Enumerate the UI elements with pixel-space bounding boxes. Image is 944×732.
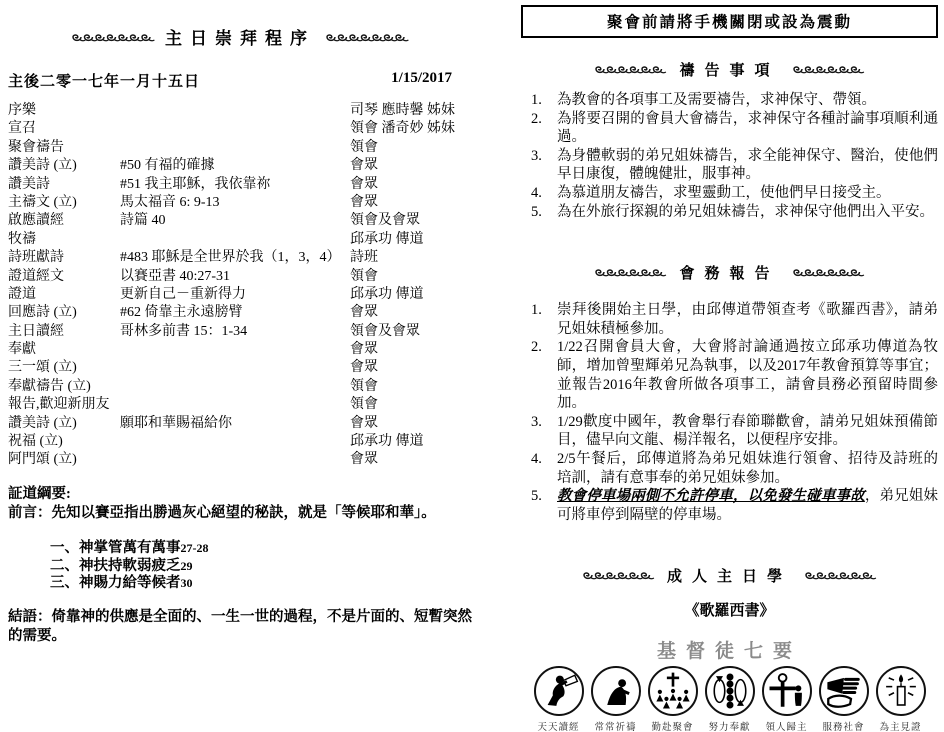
- program-person: 司琴 應時馨 姊妹: [350, 102, 472, 120]
- prayer-list: 1.為教會的各項事工及需要禱告，求神保守、帶領。2.為將要召開的會員大會禱告，求…: [521, 91, 938, 221]
- verse-ref: 30: [181, 576, 193, 590]
- program-item: 讚美詩: [8, 176, 120, 194]
- program-detail: [120, 433, 350, 451]
- affairs-heading: 會務報告: [679, 262, 779, 283]
- seven-essential: 領人歸主: [760, 666, 814, 732]
- program-item: 牧禱: [8, 231, 120, 249]
- program-detail: [120, 231, 350, 249]
- program-row: 回應詩 (立)#62 倚靠主永遠膀臂會眾: [8, 304, 472, 322]
- scroll-ornament: [792, 266, 865, 278]
- sermon-point: 一、神掌管萬有萬事27-28: [50, 540, 472, 558]
- program-item: 詩班獻詩: [8, 249, 120, 267]
- prayer-heading: 禱告事項: [679, 59, 779, 80]
- seven-essential: 天天讀經: [532, 666, 586, 732]
- program-item: 三一頌 (立): [8, 359, 120, 377]
- sermon-conclusion: 結語：倚靠神的供應是全面的、一生一世的過程，不是片面的、短暫突然的需要。: [8, 608, 472, 646]
- program-person: 領會 潘奇妙 姊妹: [350, 120, 472, 138]
- program-person: 領會: [350, 378, 472, 396]
- date-chinese: 主後二零一七年一月十五日: [8, 70, 200, 91]
- seven-essential: 為主見證: [874, 666, 928, 732]
- item-text: 為將要召開的會員大會禱告，求神保守各種討論事項順利通過。: [557, 110, 938, 147]
- program-table: 序樂司琴 應時馨 姊妹宣召領會 潘奇妙 姊妹聚會禱告領會讚美詩 (立)#50 有…: [8, 102, 472, 470]
- program-person: 詩班: [350, 249, 472, 267]
- program-row: 證道經文以賽亞書 40:27-31領會: [8, 268, 472, 286]
- program-person: 會眾: [350, 359, 472, 377]
- seven-essentials-row: 天天讀經常常祈禱勤赴聚會努力奉獻領人歸主服務社會為主見證: [521, 666, 938, 732]
- seven-essential: 常常祈禱: [589, 666, 643, 732]
- seven-essential-label: 領人歸主: [765, 719, 807, 732]
- date-row: 主後二零一七年一月十五日 1/15/2017: [8, 70, 472, 91]
- item-text: 為慕道朋友禱告，求聖靈動工，使他們早日接受主。: [557, 184, 938, 203]
- numbered-item: 5.為在外旅行探親的弟兄姐妹禱告，求神保守他們出入平安。: [521, 203, 938, 222]
- program-detail: [120, 341, 350, 359]
- program-detail: 馬太福音 6: 9-13: [120, 194, 350, 212]
- scroll-ornament: [71, 31, 156, 43]
- program-detail: 願耶和華賜福給你: [120, 415, 350, 433]
- program-row: 祝福 (立)邱承功 傳道: [8, 433, 472, 451]
- seven-essential-label: 努力奉獻: [708, 719, 750, 732]
- program-person: 會眾: [350, 194, 472, 212]
- numbered-item: 1.崇拜後開始主日學，由邱傳道帶領查考《歌羅西書》，請弟兄姐妹積極參加。: [521, 301, 938, 338]
- item-number: 3.: [521, 413, 557, 450]
- program-person: 領會: [350, 139, 472, 157]
- program-item: 奉獻禱告 (立): [8, 378, 120, 396]
- program-item: 主日讀經: [8, 323, 120, 341]
- program-person: 領會及會眾: [350, 212, 472, 230]
- item-text: 崇拜後開始主日學，由邱傳道帶領查考《歌羅西書》，請弟兄姐妹積極參加。: [557, 301, 938, 338]
- program-detail: [120, 139, 350, 157]
- seven-essential-label: 天天讀經: [537, 719, 579, 732]
- kneeling-person-reading-icon: [534, 666, 584, 716]
- program-item: 回應詩 (立): [8, 304, 120, 322]
- numbered-item: 5.教會停車場兩側不允許停車，以免發生碰車事故，弟兄姐妹可將車停到隔壁的停車場。: [521, 487, 938, 524]
- item-text: 1/29歡度中國年，教會舉行春節聯歡會，請弟兄姐妹預備節目，儘早向文龍、楊洋報名…: [557, 413, 938, 450]
- sunday-school-section-header: 成人主日學: [521, 565, 938, 585]
- verse-ref: 29: [181, 559, 193, 573]
- item-number: 2.: [521, 110, 557, 147]
- item-number: 2.: [521, 338, 557, 412]
- program-detail: [120, 396, 350, 414]
- numbered-item: 2.1/22召開會員大會，大會將討論通過按立邱承功傳道為牧師，增加曾聖輝弟兄為執…: [521, 338, 938, 412]
- page-title-row: 主日崇拜程序: [8, 24, 472, 49]
- numbered-item: 3.1/29歡度中國年，教會舉行春節聯歡會，請弟兄姐妹預備節目，儘早向文龍、楊洋…: [521, 413, 938, 450]
- program-item: 奉獻: [8, 341, 120, 359]
- seven-essential: 努力奉獻: [703, 666, 757, 732]
- program-row: 宣召領會 潘奇妙 姊妹: [8, 120, 472, 138]
- seven-essential-label: 勤赴聚會: [651, 719, 693, 732]
- kneeling-person-praying-icon: [591, 666, 641, 716]
- program-detail: [120, 378, 350, 396]
- item-text: 2/5午餐后，邱傳道將為弟兄姐妹進行領會、招待及詩班的培訓，請有意事奉的弟兄姐妹…: [557, 450, 938, 487]
- item-text: 為在外旅行探親的弟兄姐妹禱告，求神保守他們出入平安。: [557, 203, 938, 222]
- program-person: 邱承功 傳道: [350, 286, 472, 304]
- program-item: 宣召: [8, 120, 120, 138]
- item-number: 1.: [521, 301, 557, 338]
- scroll-ornament: [594, 266, 667, 278]
- item-number: 3.: [521, 147, 557, 184]
- program-row: 報告,歡迎新朋友領會: [8, 396, 472, 414]
- scroll-ornament: [325, 31, 410, 43]
- program-row: 牧禱邱承功 傳道: [8, 231, 472, 249]
- program-item: 聚會禱告: [8, 139, 120, 157]
- scroll-ornament: [792, 63, 865, 75]
- item-number: 4.: [521, 450, 557, 487]
- program-person: 邱承功 傳道: [350, 231, 472, 249]
- sermon-points: 一、神掌管萬有萬事27-28二、神扶持軟弱疲乏29三、神賜力給等候者30: [50, 540, 472, 593]
- program-item: 讚美詩 (立): [8, 415, 120, 433]
- program-row: 讚美詩#51 我主耶穌，我依靠祢會眾: [8, 176, 472, 194]
- seven-essential-label: 服務社會: [822, 719, 864, 732]
- program-row: 奉獻會眾: [8, 341, 472, 359]
- program-row: 證道更新自己－重新得力邱承功 傳道: [8, 286, 472, 304]
- program-item: 祝福 (立): [8, 433, 120, 451]
- seven-essentials-title: 基督徒七要: [521, 641, 938, 663]
- program-person: 會眾: [350, 451, 472, 469]
- sermon-heading: 証道綱要:: [8, 485, 472, 504]
- program-item: 證道: [8, 286, 120, 304]
- program-detail: [120, 120, 350, 138]
- fish-and-coins-icon: [705, 666, 755, 716]
- program-row: 讚美詩 (立)#50 有福的確據會眾: [8, 157, 472, 175]
- program-person: 會眾: [350, 304, 472, 322]
- seven-essential-label: 為主見證: [879, 719, 921, 732]
- program-detail: #51 我主耶穌，我依靠祢: [120, 176, 350, 194]
- phone-silence-notice: 聚會前請將手機關閉或設為震動: [521, 5, 938, 38]
- program-person: 會眾: [350, 176, 472, 194]
- program-detail: [120, 102, 350, 120]
- program-detail: 以賽亞書 40:27-31: [120, 268, 350, 286]
- scroll-ornament: [582, 569, 655, 581]
- numbered-item: 2.為將要召開的會員大會禱告，求神保守各種討論事項順利通過。: [521, 110, 938, 147]
- program-detail: #483 耶穌是全世界於我（1，3，4）: [120, 249, 350, 267]
- seven-essential: 勤赴聚會: [646, 666, 700, 732]
- numbered-item: 4.為慕道朋友禱告，求聖靈動工，使他們早日接受主。: [521, 184, 938, 203]
- program-detail: #62 倚靠主永遠膀臂: [120, 304, 350, 322]
- program-row: 奉獻禱告 (立)領會: [8, 378, 472, 396]
- item-number: 5.: [521, 203, 557, 222]
- verse-ref: 27-28: [181, 541, 209, 555]
- program-detail: 詩篇 40: [120, 212, 350, 230]
- seven-essential: 服務社會: [817, 666, 871, 732]
- sunday-school-heading: 成人主日學: [667, 565, 792, 586]
- program-person: 領會: [350, 268, 472, 286]
- program-row: 讚美詩 (立)願耶和華賜福給你會眾: [8, 415, 472, 433]
- program-detail: 哥林多前書 15：1-34: [120, 323, 350, 341]
- program-item: 證道經文: [8, 268, 120, 286]
- sermon-outline: 証道綱要: 前言：先知以賽亞指出勝過灰心絕望的秘訣，就是「等候耶和華」。 一、神…: [8, 485, 472, 646]
- program-row: 三一頌 (立)會眾: [8, 359, 472, 377]
- announcements-page: 聚會前請將手機關閉或設為震動 禱告事項 1.為教會的各項事工及需要禱告，求神保守…: [521, 5, 938, 732]
- item-text: 為身體軟弱的弟兄姐妹禱告，求全能神保守、醫治，使他們早日康復，體魄健壯，服事神。: [557, 147, 938, 184]
- item-text: 1/22召開會員大會，大會將討論通過按立邱承功傳道為牧師，增加曾聖輝弟兄為執事，…: [557, 338, 938, 412]
- serving-hands-icon: [819, 666, 869, 716]
- program-person: 會眾: [350, 157, 472, 175]
- program-detail: [120, 359, 350, 377]
- program-row: 詩班獻詩#483 耶穌是全世界於我（1，3，4）詩班: [8, 249, 472, 267]
- prayer-section-header: 禱告事項: [521, 59, 938, 79]
- program-item: 序樂: [8, 102, 120, 120]
- sermon-point: 二、神扶持軟弱疲乏29: [50, 558, 472, 576]
- program-person: 領會: [350, 396, 472, 414]
- study-book-title: 《歌羅西書》: [521, 602, 938, 621]
- program-row: 主日讀經哥林多前書 15：1-34領會及會眾: [8, 323, 472, 341]
- program-person: 會眾: [350, 341, 472, 359]
- shining-candle-icon: [876, 666, 926, 716]
- seven-essential-label: 常常祈禱: [594, 719, 636, 732]
- numbered-item: 3.為身體軟弱的弟兄姐妹禱告，求全能神保守、醫治，使他們早日康復，體魄健壯，服事…: [521, 147, 938, 184]
- program-item: 啟應讀經: [8, 212, 120, 230]
- seven-essentials-figure: 基督徒七要 天天讀經常常祈禱勤赴聚會努力奉獻領人歸主服務社會為主見證: [521, 641, 938, 732]
- program-row: 序樂司琴 應時馨 姊妹: [8, 102, 472, 120]
- sermon-point: 三、神賜力給等候者30: [50, 575, 472, 593]
- program-item: 報告,歡迎新朋友: [8, 396, 120, 414]
- program-person: 領會及會眾: [350, 323, 472, 341]
- item-text: 教會停車場兩側不允許停車，以免發生碰車事故，弟兄姐妹可將車停到隔壁的停車場。: [557, 487, 938, 524]
- program-detail: [120, 451, 350, 469]
- scroll-ornament: [594, 63, 667, 75]
- leading-person-to-cross-icon: [762, 666, 812, 716]
- program-item: 讚美詩 (立): [8, 157, 120, 175]
- worship-order-page: 主日崇拜程序 主後二零一七年一月十五日 1/15/2017 序樂司琴 應時馨 姊…: [8, 0, 472, 646]
- program-detail: #50 有福的確據: [120, 157, 350, 175]
- item-text: 為教會的各項事工及需要禱告，求神保守、帶領。: [557, 91, 938, 110]
- item-number: 4.: [521, 184, 557, 203]
- numbered-item: 1.為教會的各項事工及需要禱告，求神保守、帶領。: [521, 91, 938, 110]
- program-item: 阿門頌 (立): [8, 451, 120, 469]
- item-number: 5.: [521, 487, 557, 524]
- page-title: 主日崇拜程序: [165, 24, 315, 49]
- affairs-list: 1.崇拜後開始主日學，由邱傳道帶領查考《歌羅西書》，請弟兄姐妹積極參加。2.1/…: [521, 301, 938, 524]
- program-detail: 更新自己－重新得力: [120, 286, 350, 304]
- emphasized-text: 教會停車場兩側不允許停車，以免發生碰車事故: [557, 488, 865, 504]
- cross-with-congregation-icon: [648, 666, 698, 716]
- program-person: 邱承功 傳道: [350, 433, 472, 451]
- numbered-item: 4.2/5午餐后，邱傳道將為弟兄姐妹進行領會、招待及詩班的培訓，請有意事奉的弟兄…: [521, 450, 938, 487]
- program-row: 阿門頌 (立)會眾: [8, 451, 472, 469]
- date-numeric: 1/15/2017: [391, 70, 452, 91]
- program-row: 聚會禱告領會: [8, 139, 472, 157]
- program-item: 主禱文 (立): [8, 194, 120, 212]
- item-number: 1.: [521, 91, 557, 110]
- affairs-section-header: 會務報告: [521, 262, 938, 282]
- program-row: 主禱文 (立)馬太福音 6: 9-13會眾: [8, 194, 472, 212]
- sermon-intro: 前言：先知以賽亞指出勝過灰心絕望的秘訣，就是「等候耶和華」。: [8, 504, 472, 523]
- program-row: 啟應讀經詩篇 40領會及會眾: [8, 212, 472, 230]
- program-person: 會眾: [350, 415, 472, 433]
- scroll-ornament: [804, 569, 877, 581]
